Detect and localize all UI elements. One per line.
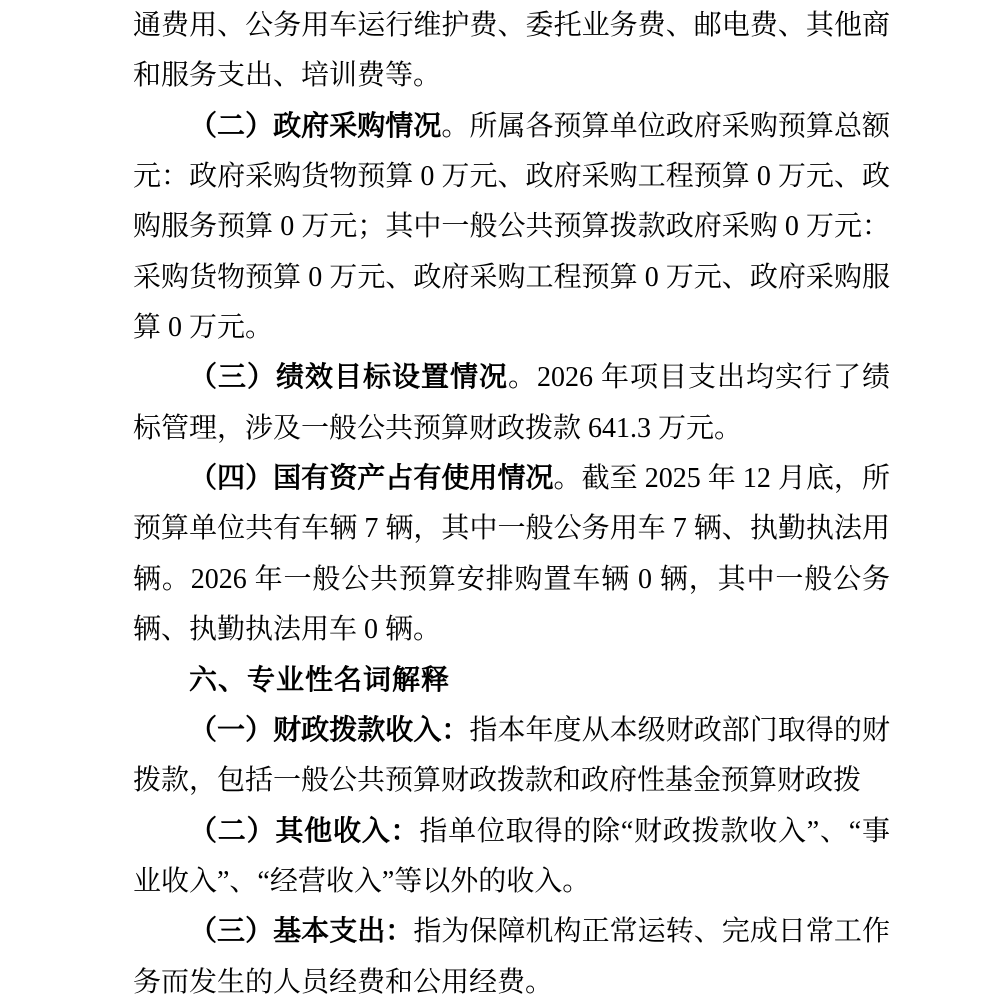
text-line: 购服务预算 0 万元；其中一般公共预算拨款政府采购 0 万元：政府: [133, 202, 890, 252]
text-line: 拨款，包括一般公共预算财政拨款和政府性基金预算财政拨款。: [133, 756, 890, 806]
text-line: （三）绩效目标设置情况。2026 年项目支出均实行了绩效目: [133, 353, 890, 403]
text-line: 和服务支出、培训费等。: [133, 51, 890, 101]
paragraph-label: （四）国有资产占有使用情况: [189, 463, 554, 494]
paragraph-label: （一）财政拨款收入：: [189, 715, 469, 746]
text-line: （四）国有资产占有使用情况。截至 2025 年 12 月底，所属各: [133, 454, 890, 504]
text-segment: 拨款，包括一般公共预算财政拨款和政府性基金预算财政拨款。: [133, 765, 861, 806]
text-segment: 通费用、公务用车运行维护费、委托业务费、邮电费、其他商品: [133, 10, 890, 51]
paragraph-label: （二）其他收入：: [189, 816, 419, 847]
text-segment: 元：政府采购货物预算 0 万元、政府采购工程预算 0 万元、政府采: [133, 161, 890, 202]
section-heading: 六、专业性名词解释: [133, 655, 890, 705]
text-line: 辆、执勤执法用车 0 辆。: [133, 605, 890, 655]
paragraph-label: （三）基本支出：: [189, 916, 413, 947]
text-segment: 算 0 万元。: [133, 312, 273, 343]
text-line: 预算单位共有车辆 7 辆，其中一般公务用车 7 辆、执勤执法用车 0: [133, 504, 890, 554]
text-line: 元：政府采购货物预算 0 万元、政府采购工程预算 0 万元、政府采: [133, 152, 890, 202]
paragraph-label: （三）绩效目标设置情况: [189, 362, 508, 393]
text-line: 算 0 万元。: [133, 303, 890, 353]
text-segment: 务而发生的人员经费和公用经费。: [133, 967, 553, 998]
text-line: 通费用、公务用车运行维护费、委托业务费、邮电费、其他商品: [133, 1, 890, 51]
text-line: 务而发生的人员经费和公用经费。: [133, 958, 890, 1002]
text-line: 采购货物预算 0 万元、政府采购工程预算 0 万元、政府采购服务预: [133, 253, 890, 303]
text-line: （三）基本支出：指为保障机构正常运转、完成日常工作任: [133, 907, 890, 957]
text-segment: 采购货物预算 0 万元、政府采购工程预算 0 万元、政府采购服务预: [133, 262, 890, 303]
text-line: 业收入”、“经营收入”等以外的收入。: [133, 857, 890, 907]
text-segment: 六、专业性名词解释: [189, 664, 450, 695]
document-page: 通费用、公务用车运行维护费、委托业务费、邮电费、其他商品和服务支出、培训费等。（…: [0, 0, 1000, 1002]
text-segment: 购服务预算 0 万元；其中一般公共预算拨款政府采购 0 万元：政府: [133, 211, 890, 252]
text-segment: 标管理，涉及一般公共预算财政拨款 641.3 万元。: [133, 413, 742, 444]
document-body-text: 通费用、公务用车运行维护费、委托业务费、邮电费、其他商品和服务支出、培训费等。（…: [133, 1, 890, 1002]
text-line: 辆。2026 年一般公共预算安排购置车辆 0 辆，其中一般公务用车 0: [133, 555, 890, 605]
text-line: （一）财政拨款收入：指本年度从本级财政部门取得的财政: [133, 706, 890, 756]
text-segment: 辆、执勤执法用车 0 辆。: [133, 614, 441, 645]
text-segment: 预算单位共有车辆 7 辆，其中一般公务用车 7 辆、执勤执法用车 0: [133, 513, 890, 554]
text-segment: 指单位取得的除“财政拨款收入”、“事: [419, 816, 890, 847]
text-line: （二）政府采购情况。所属各预算单位政府采购预算总额 0 万: [133, 102, 890, 152]
text-line: （二）其他收入：指单位取得的除“财政拨款收入”、“事: [133, 807, 890, 857]
text-segment: 业收入”、“经营收入”等以外的收入。: [133, 866, 590, 897]
text-line: 标管理，涉及一般公共预算财政拨款 641.3 万元。: [133, 404, 890, 454]
paragraph-label: （二）政府采购情况: [189, 111, 441, 142]
text-segment: 辆。2026 年一般公共预算安排购置车辆 0 辆，其中一般公务用车 0: [133, 564, 890, 605]
text-segment: 和服务支出、培训费等。: [133, 60, 441, 91]
